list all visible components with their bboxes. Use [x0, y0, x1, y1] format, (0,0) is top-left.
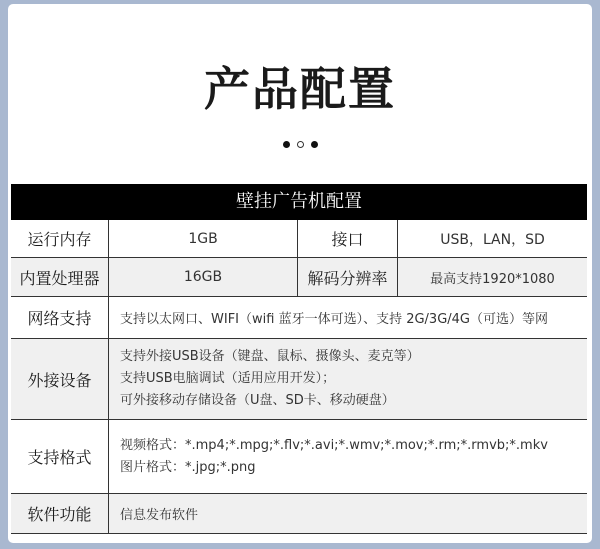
spec-table: 壁挂广告机配置 运行内存 1GB 接口 USB，LAN，SD 内置处理器 16G… [11, 184, 587, 534]
row-label: 软件功能 [11, 494, 109, 533]
table-header: 壁挂广告机配置 [11, 184, 587, 220]
page-title: 产品配置 [8, 66, 592, 112]
row-value: 支持以太网口、WIFI（wifi 蓝牙一体可选）、支持 2G/3G/4G（可选）… [109, 297, 587, 338]
row-label: 外接设备 [11, 339, 109, 419]
row-value: USB，LAN，SD [398, 220, 587, 257]
table-row: 运行内存 1GB 接口 USB，LAN，SD [11, 220, 587, 258]
decorative-dots [8, 141, 592, 148]
row-value: 信息发布软件 [109, 494, 587, 533]
row-label: 接口 [298, 220, 398, 257]
row-value: 支持外接USB设备（键盘、鼠标、摄像头、麦克等） 支持USB电脑调试（适用应用开… [109, 339, 587, 419]
value-line: 可外接移动存储设备（U盘、SD卡、移动硬盘） [120, 390, 395, 412]
row-value: 16GB [109, 258, 298, 296]
table-row: 软件功能 信息发布软件 [11, 494, 587, 534]
dot-filled-icon [283, 141, 290, 148]
row-value: 1GB [109, 220, 298, 257]
value-line: 支持外接USB设备（键盘、鼠标、摄像头、麦克等） [120, 346, 420, 368]
row-label: 解码分辨率 [298, 258, 398, 296]
product-config-card: 产品配置 壁挂广告机配置 运行内存 1GB 接口 USB，LAN，SD 内置处理… [8, 4, 592, 543]
table-row: 内置处理器 16GB 解码分辨率 最高支持1920*1080 [11, 258, 587, 297]
row-value: 视频格式：*.mp4;*.mpg;*.flv;*.avi;*.wmv;*.mov… [109, 420, 587, 493]
row-value: 最高支持1920*1080 [398, 258, 587, 296]
row-label: 运行内存 [11, 220, 109, 257]
table-row: 支持格式 视频格式：*.mp4;*.mpg;*.flv;*.avi;*.wmv;… [11, 420, 587, 494]
value-line: 支持USB电脑调试（适用应用开发）； [120, 368, 335, 390]
table-row: 外接设备 支持外接USB设备（键盘、鼠标、摄像头、麦克等） 支持USB电脑调试（… [11, 339, 587, 420]
dot-filled-icon [311, 141, 318, 148]
value-line: 图片格式：*.jpg;*.png [120, 457, 256, 479]
row-label: 支持格式 [11, 420, 109, 493]
row-label: 网络支持 [11, 297, 109, 338]
dot-hollow-icon [297, 141, 304, 148]
table-row: 网络支持 支持以太网口、WIFI（wifi 蓝牙一体可选）、支持 2G/3G/4… [11, 297, 587, 339]
value-line: 视频格式：*.mp4;*.mpg;*.flv;*.avi;*.wmv;*.mov… [120, 435, 548, 457]
row-label: 内置处理器 [11, 258, 109, 296]
